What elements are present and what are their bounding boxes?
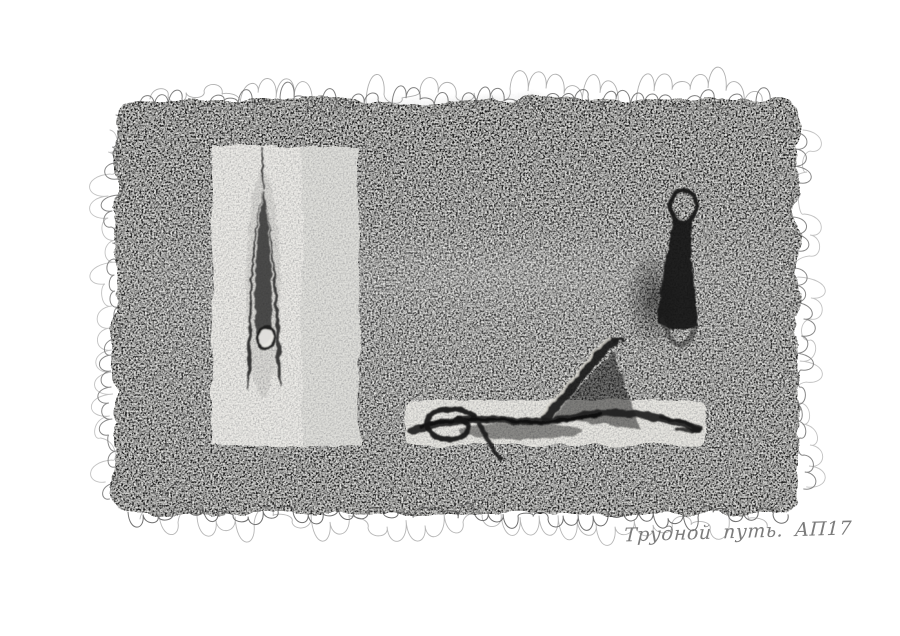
sketch-artwork: Трудной путь. АП17	[0, 0, 900, 636]
panel-shading	[302, 146, 359, 446]
needle-eye-loop	[258, 327, 274, 349]
bottom-dark-smudge	[110, 436, 470, 512]
light-panel	[212, 146, 359, 446]
branch-contact-shadow	[458, 423, 582, 439]
